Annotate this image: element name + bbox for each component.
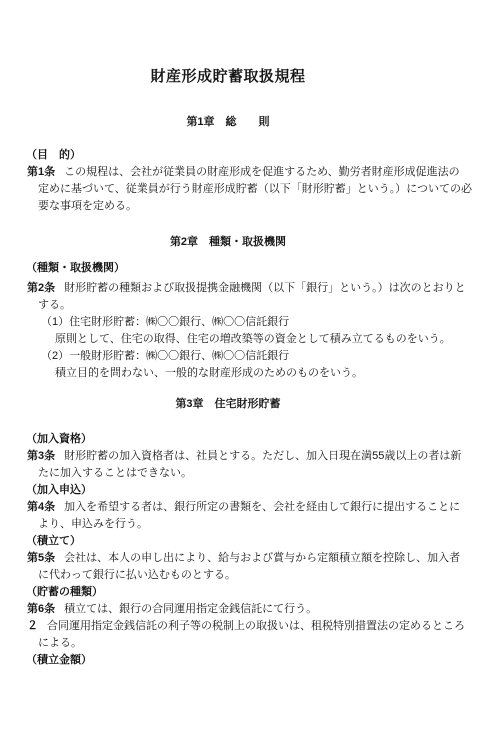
article-3-line-1: 第3条財形貯蓄の加入資格者は、社員とする。ただし、加入日現在満55歳以上の者は新 bbox=[27, 448, 494, 465]
article-5-line-2: に代わって銀行に払い込むものとする。 bbox=[38, 567, 494, 584]
article-6-text: 積立ては、銀行の合同運用指定金銭信託にて行う。 bbox=[64, 603, 317, 615]
article-6-paragraph-2-line-2: による。 bbox=[38, 635, 494, 652]
list-item-1-description: 原則として、住宅の取得、住宅の増改築等の資金として積み立てるものをいう。 bbox=[55, 331, 494, 348]
article-5-number: 第5条 bbox=[27, 552, 55, 564]
chapter-1-heading: 第1章 総 則 bbox=[0, 114, 456, 131]
section-label-deposit: （積立て） bbox=[26, 533, 494, 550]
list-item-1: （1）住宅財形貯蓄：㈱〇〇銀行、㈱〇〇信託銀行 bbox=[41, 314, 494, 331]
document-page: 財産形成貯蓄取扱規程 第1章 総 則 （目 的） 第1条この規程は、会社が従業員… bbox=[0, 0, 494, 729]
article-1-number: 第1条 bbox=[27, 166, 55, 178]
article-3-number: 第3条 bbox=[27, 450, 55, 462]
article-6-line-1: 第6条積立ては、銀行の合同運用指定金銭信託にて行う。 bbox=[27, 601, 494, 618]
article-3-text: 財形貯蓄の加入資格者は、社員とする。ただし、加入日現在満55歳以上の者は新 bbox=[64, 450, 461, 462]
article-2-line-2: する。 bbox=[38, 297, 494, 314]
section-label-purpose: （目 的） bbox=[26, 147, 494, 164]
chapter-3-heading: 第3章 住宅財形貯蓄 bbox=[0, 396, 456, 413]
article-4-number: 第4条 bbox=[27, 501, 55, 513]
article-6-paragraph-2: ２合同運用指定金銭信託の利子等の税制上の取扱いは、租税特別措置法の定めるところ … bbox=[0, 618, 494, 652]
article-3-line-2: たに加入することはできない。 bbox=[38, 465, 494, 482]
article-1-text: この規程は、会社が従業員の財産形成を促進するため、勤労者財産形成促進法の bbox=[64, 166, 460, 178]
article-6-paragraph-2-line-1: ２合同運用指定金銭信託の利子等の税制上の取扱いは、租税特別措置法の定めるところ bbox=[27, 618, 494, 635]
article-5-line-1: 第5条会社は、本人の申し出により、給与および賞与から定額積立額を控除し、加入者 bbox=[27, 550, 494, 567]
article-2-number: 第2条 bbox=[27, 282, 55, 294]
article-6-paragraph-2-text: 合同運用指定金銭信託の利子等の税制上の取扱いは、租税特別措置法の定めるところ bbox=[47, 620, 465, 632]
section-label-application: （加入申込） bbox=[26, 482, 494, 499]
article-6-paragraph-2-number: ２ bbox=[27, 620, 38, 632]
chapter-2-heading: 第2章 種類・取扱機関 bbox=[0, 234, 456, 251]
article-5: 第5条会社は、本人の申し出により、給与および賞与から定額積立額を控除し、加入者 … bbox=[0, 550, 494, 584]
article-1-line-1: 第1条この規程は、会社が従業員の財産形成を促進するため、勤労者財産形成促進法の bbox=[27, 164, 494, 181]
article-5-text: 会社は、本人の申し出により、給与および賞与から定額積立額を控除し、加入者 bbox=[64, 552, 460, 564]
article-2: 第2条財形貯蓄の種類および取扱提携金融機関（以下「銀行」という。）は次のとおりと… bbox=[0, 280, 494, 314]
section-label-savings-type: （貯蓄の種類） bbox=[26, 584, 494, 601]
article-2-text: 財形貯蓄の種類および取扱提携金融機関（以下「銀行」という。）は次のとおりと bbox=[64, 282, 466, 294]
article-2-line-1: 第2条財形貯蓄の種類および取扱提携金融機関（以下「銀行」という。）は次のとおりと bbox=[27, 280, 494, 297]
section-label-eligibility: （加入資格） bbox=[26, 431, 494, 448]
article-1-line-3: 要な事項を定める。 bbox=[38, 198, 494, 215]
list-item-2-description: 積立目的を問わない、一般的な財産形成のためのものをいう。 bbox=[55, 365, 494, 382]
article-4: 第4条加入を希望する者は、銀行所定の書類を、会社を経由して銀行に提出することに … bbox=[0, 499, 494, 533]
section-label-type: （種類・取扱機関） bbox=[26, 260, 494, 277]
section-label-amount: （積立金額） bbox=[26, 652, 494, 669]
list-item-2: （2）一般財形貯蓄：㈱〇〇銀行、㈱〇〇信託銀行 bbox=[41, 348, 494, 365]
article-6: 第6条積立ては、銀行の合同運用指定金銭信託にて行う。 bbox=[0, 601, 494, 618]
article-3: 第3条財形貯蓄の加入資格者は、社員とする。ただし、加入日現在満55歳以上の者は新… bbox=[0, 448, 494, 482]
article-1: 第1条この規程は、会社が従業員の財産形成を促進するため、勤労者財産形成促進法の … bbox=[0, 164, 494, 215]
article-4-line-2: より、申込みを行う。 bbox=[38, 516, 494, 533]
article-4-text: 加入を希望する者は、銀行所定の書類を、会社を経由して銀行に提出することに bbox=[64, 501, 460, 513]
article-4-line-1: 第4条加入を希望する者は、銀行所定の書類を、会社を経由して銀行に提出することに bbox=[27, 499, 494, 516]
document-title: 財産形成貯蓄取扱規程 bbox=[0, 67, 456, 87]
article-6-number: 第6条 bbox=[27, 603, 55, 615]
article-1-line-2: 定めに基づいて、従業員が行う財産形成貯蓄（以下「財形貯蓄」という。）についての必 bbox=[38, 181, 494, 198]
